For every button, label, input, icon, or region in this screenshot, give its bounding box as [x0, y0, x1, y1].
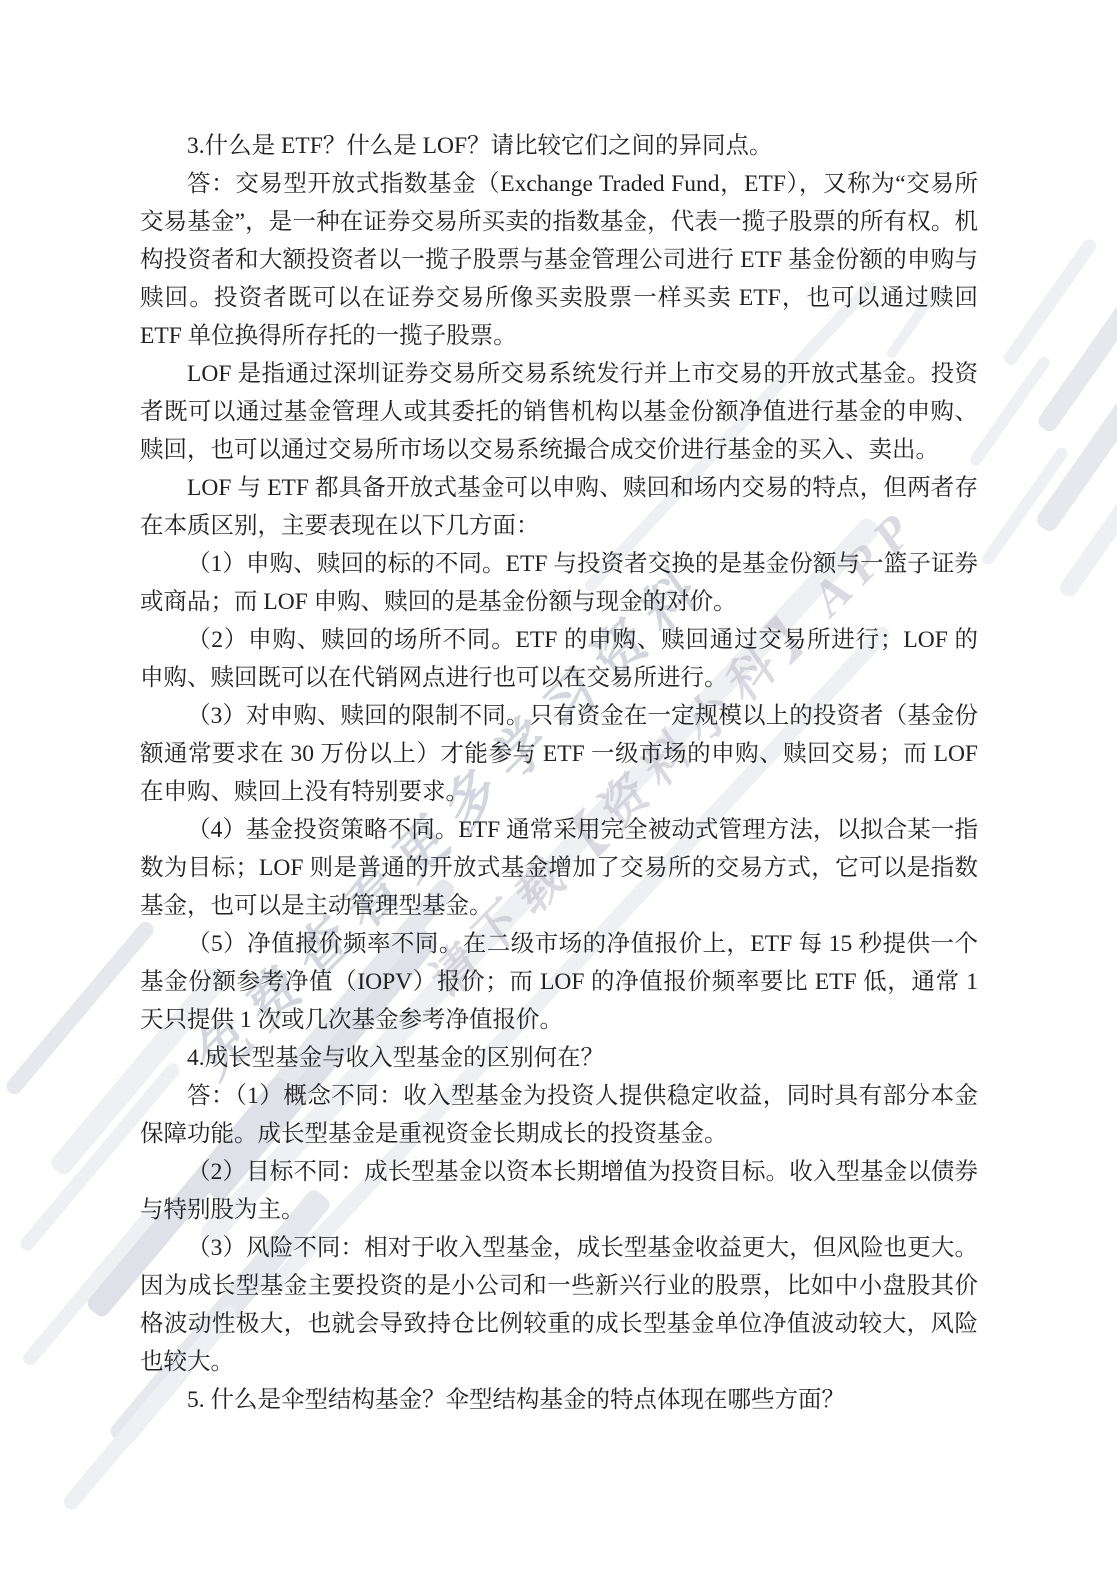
answer-4-item-2: （2）目标不同：成长型基金以资本长期增值为投资目标。收入型基金以债券与特别股为主… [140, 1153, 978, 1229]
watermark-stripe [20, 1206, 159, 1368]
answer-3-item-1: （1）申购、赎回的标的不同。ETF 与投资者交换的是基金份额与一篮子证券或商品；… [140, 545, 978, 621]
question-3: 3.什么是 ETF？什么是 LOF？请比较它们之间的异同点。 [140, 127, 978, 165]
watermark-stripe [1034, 358, 1117, 534]
answer-3-item-2: （2）申购、赎回的场所不同。ETF 的申购、赎回通过交易所进行；LOF 的申购、… [140, 621, 978, 697]
watermark-stripe [980, 445, 1070, 567]
answer-3-para-1: 答：交易型开放式指数基金（Exchange Traded Fund，ETF），又… [140, 165, 978, 355]
answer-3-item-4: （4）基金投资策略不同。ETF 通常采用完全被动式管理方法，以拟合某一指数为目标… [140, 811, 978, 925]
document-text: 3.什么是 ETF？什么是 LOF？请比较它们之间的异同点。 答：交易型开放式指… [140, 127, 978, 1419]
answer-3-para-2: LOF 是指通过深圳证券交易所交易系统发行并上市交易的开放式基金。投资者既可以通… [140, 355, 978, 469]
answer-4-item-3: （3）风险不同：相对于收入型基金，成长型基金收益更大，但风险也更大。因为成长型基… [140, 1229, 978, 1381]
question-5: 5. 什么是伞型结构基金？伞型结构基金的特点体现在哪些方面？ [140, 1381, 978, 1419]
watermark-stripe [968, 354, 1052, 467]
question-4: 4.成长型基金与收入型基金的区别何在？ [140, 1039, 978, 1077]
watermark-stripe [1001, 237, 1099, 368]
watermark-stripe [1057, 458, 1117, 599]
watermark-stripe [1035, 276, 1117, 435]
answer-3-item-5: （5）净值报价频率不同。在二级市场的净值报价上，ETF 每 15 秒提供一个基金… [140, 925, 978, 1039]
watermark-stripe [3, 919, 157, 1098]
answer-3-item-3: （3）对申购、赎回的限制不同。只有资金在一定规模以上的投资者（基金份额通常要求在… [140, 697, 978, 811]
answer-4-item-1: 答：（1）概念不同：收入型基金为投资人提供稳定收益，同时具有部分本金保障功能。成… [140, 1077, 978, 1153]
document-page: 免费查看更多学习资料 请下载【资料小科】APP 3.什么是 ETF？什么是 LO… [0, 0, 1117, 1579]
answer-3-para-3: LOF 与 ETF 都具备开放式基金可以申购、赎回和场内交易的特点，但两者存在本… [140, 469, 978, 545]
